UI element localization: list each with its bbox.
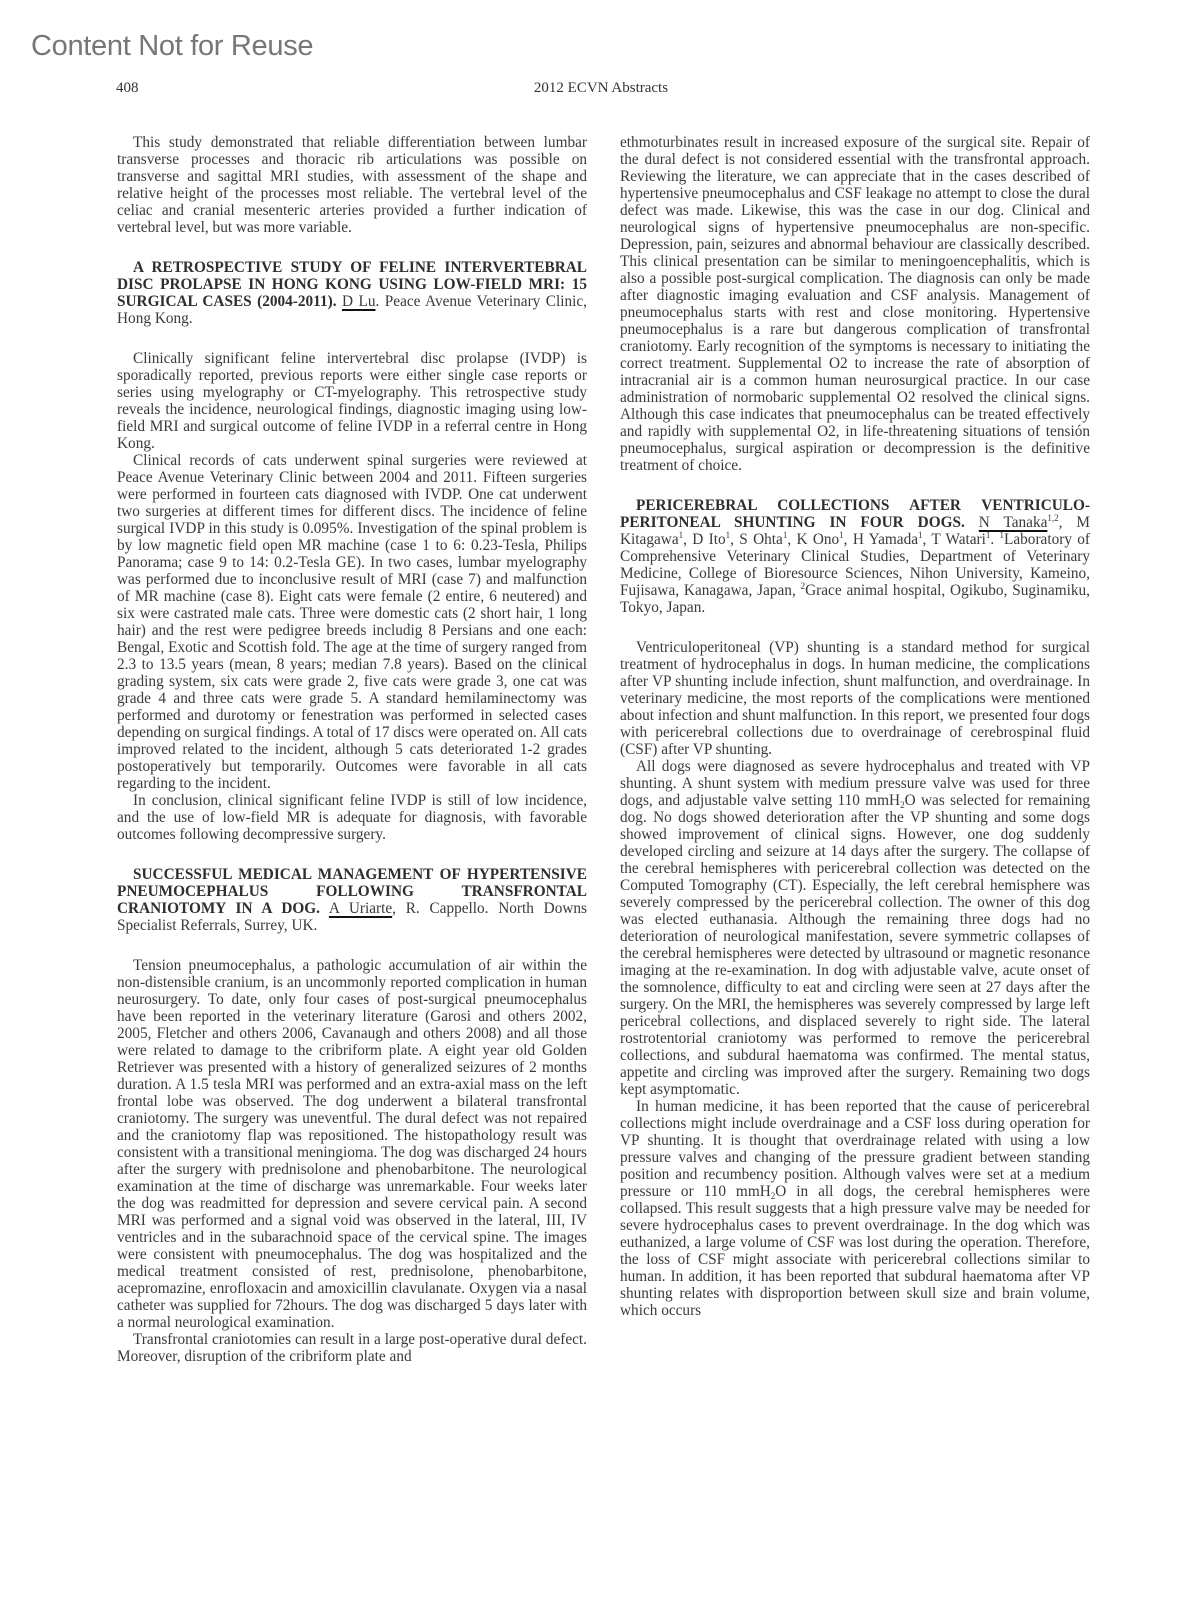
text-run: O was selected for remaining dog. No dog… <box>620 792 1090 1098</box>
right-column: ethmoturbinates result in increased expo… <box>620 134 1090 1319</box>
text-run: O in all dogs, the cerebral hemispheres … <box>620 1183 1090 1319</box>
author-superscript: 1 <box>918 530 923 540</box>
body-paragraph: All dogs were diagnosed as severe hydroc… <box>620 758 1090 1098</box>
body-paragraph: Clinical records of cats underwent spina… <box>117 452 587 792</box>
presenting-author: D Lu <box>342 293 375 310</box>
left-column: This study demonstrated that reliable di… <box>117 134 587 1365</box>
author-superscript: 1 <box>839 530 844 540</box>
body-paragraph: Transfrontal craniotomies can result in … <box>117 1331 587 1365</box>
author-name: K Ono <box>796 531 839 548</box>
presenting-author: N Tanaka <box>979 514 1048 531</box>
body-paragraph: Ventriculoperitoneal (VP) shunting is a … <box>620 639 1090 758</box>
abstract-heading: A RETROSPECTIVE STUDY OF FELINE INTERVER… <box>117 259 587 327</box>
watermark: Content Not for Reuse <box>31 30 313 63</box>
author-superscript: 1 <box>783 530 788 540</box>
author-superscript: 1,2 <box>1047 513 1058 523</box>
body-paragraph: In human medicine, it has been reported … <box>620 1098 1090 1319</box>
author-name: T Watari <box>931 531 985 548</box>
author-superscript: 1 <box>726 530 731 540</box>
running-head: 408 2012 ECVN Abstracts <box>116 80 1086 100</box>
presenting-author: A Uriarte <box>329 900 392 917</box>
continuation-paragraph: This study demonstrated that reliable di… <box>117 134 587 236</box>
abstract-heading: PERICEREBRAL COLLECTIONS AFTER VENTRICUL… <box>620 497 1090 616</box>
author-name: D Ito <box>692 531 725 548</box>
body-paragraph: Tension pneumocephalus, a pathologic acc… <box>117 957 587 1331</box>
author-superscript: 1 <box>679 530 684 540</box>
author-superscript: 1 <box>986 530 991 540</box>
abstract-heading: SUCCESSFUL MEDICAL MANAGEMENT OF HYPERTE… <box>117 866 587 934</box>
body-paragraph: In conclusion, clinical significant feli… <box>117 792 587 843</box>
author-name: H Yamada <box>853 531 918 548</box>
author-name: S Ohta <box>739 531 783 548</box>
journal-title: 2012 ECVN Abstracts <box>116 80 1086 97</box>
continuation-paragraph: ethmoturbinates result in increased expo… <box>620 134 1090 474</box>
body-paragraph: Clinically significant feline interverte… <box>117 350 587 452</box>
